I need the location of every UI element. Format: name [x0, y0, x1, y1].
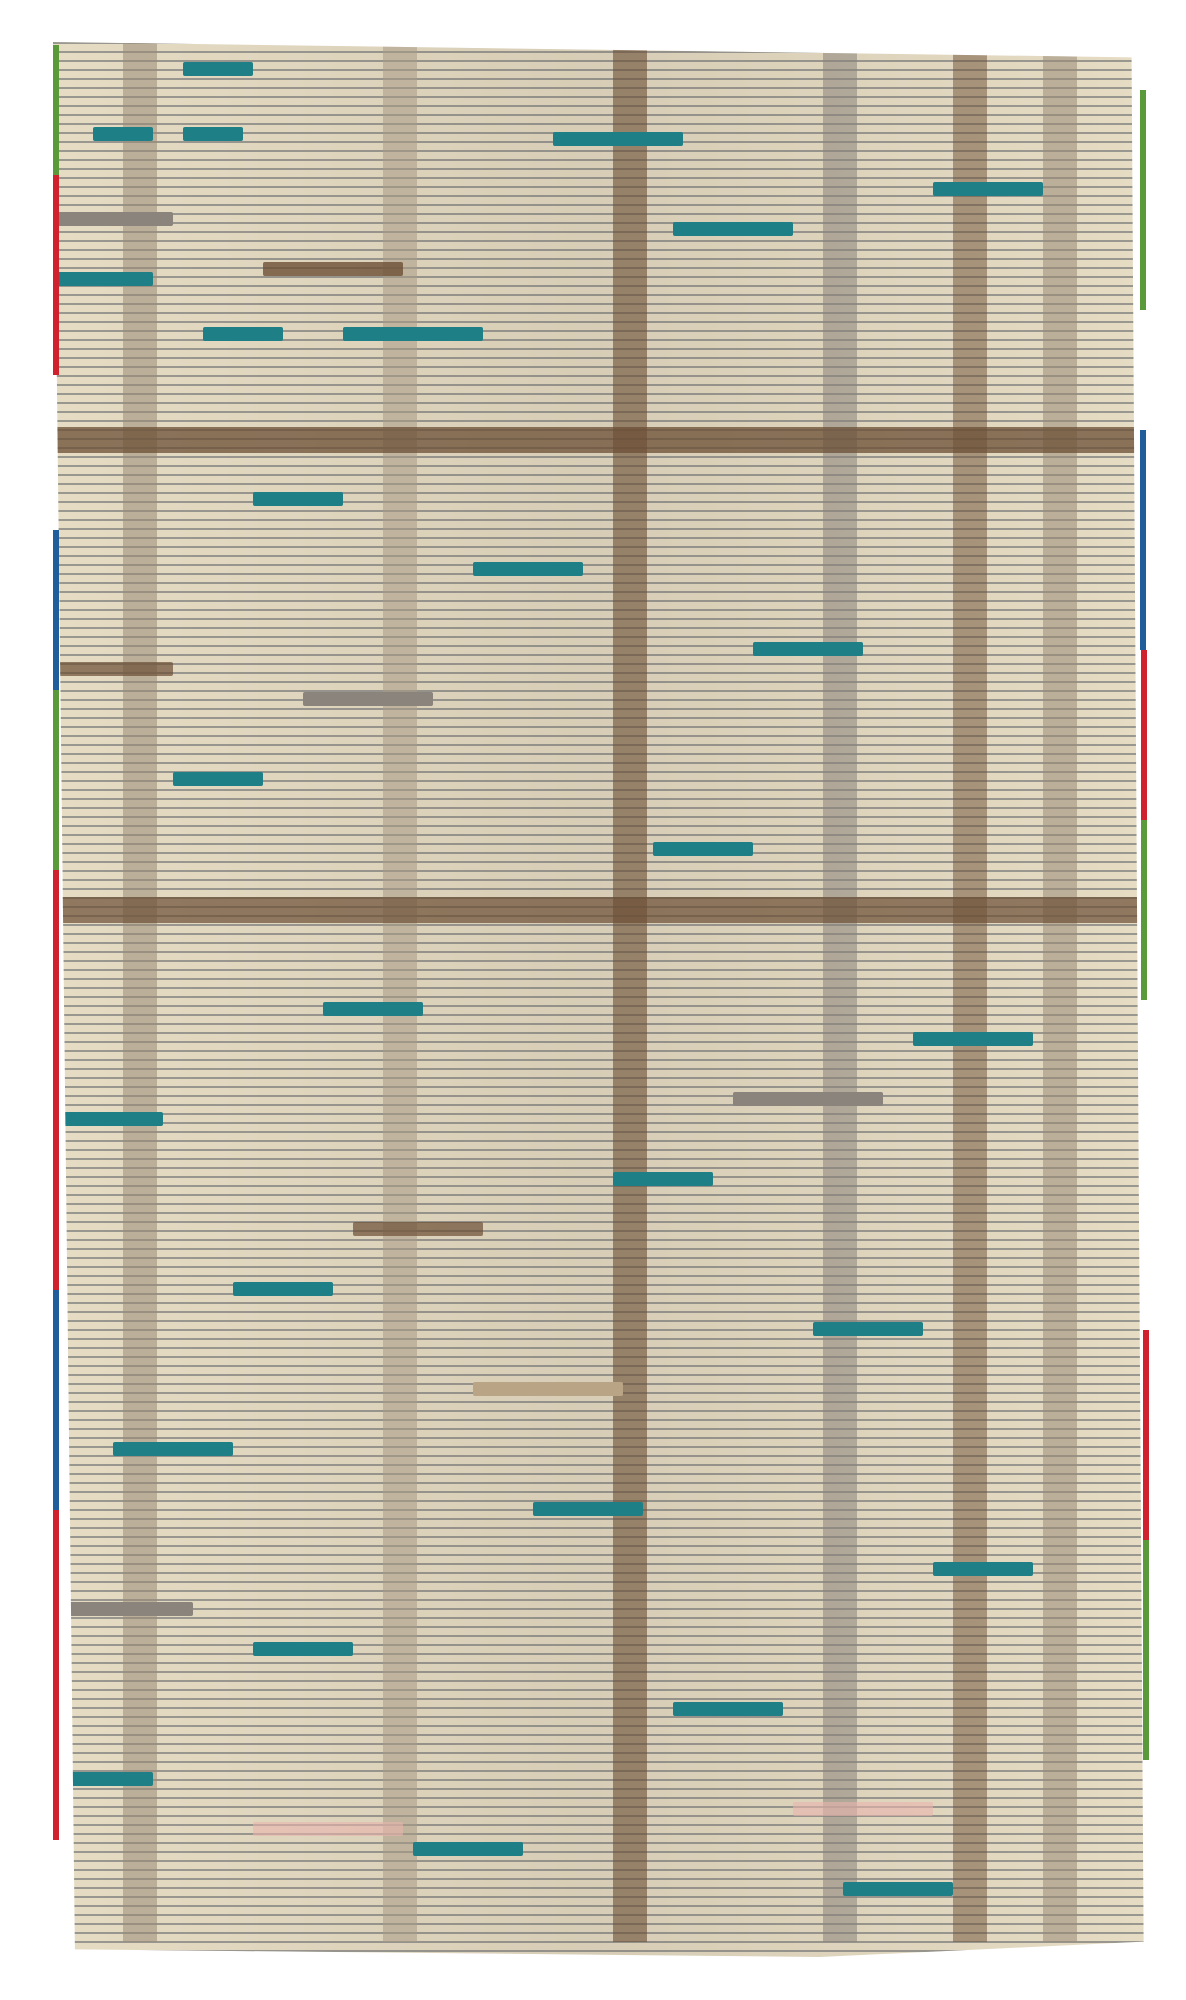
- brown-dash: [353, 1222, 483, 1236]
- teal-dash: [253, 1642, 353, 1656]
- teal-dash: [913, 1032, 1033, 1046]
- brown-band: [53, 897, 1148, 923]
- teal-dash: [53, 1772, 153, 1786]
- teal-dash: [413, 1842, 523, 1856]
- teal-dash: [343, 327, 483, 341]
- teal-dash: [843, 1882, 953, 1896]
- edge-blue: [1140, 430, 1146, 650]
- edge-blue: [53, 530, 59, 690]
- vertical-band: [123, 42, 157, 1942]
- edge-green: [1143, 1540, 1149, 1760]
- teal-dash: [673, 222, 793, 236]
- teal-dash: [673, 1702, 783, 1716]
- teal-dash: [753, 642, 863, 656]
- teal-dash: [203, 327, 283, 341]
- edge-red: [1143, 1330, 1149, 1540]
- edge-green: [53, 690, 59, 870]
- teal-dash: [933, 1562, 1033, 1576]
- pink-dash: [793, 1802, 933, 1816]
- edge-red: [53, 870, 59, 1290]
- teal-dash: [933, 182, 1043, 196]
- teal-dash: [113, 1442, 233, 1456]
- vertical-band: [953, 42, 987, 1942]
- teal-dash: [233, 1282, 333, 1296]
- edge-red: [1141, 650, 1147, 820]
- pink-dash: [253, 1822, 403, 1836]
- edge-green: [53, 45, 59, 175]
- brown-dash: [263, 262, 403, 276]
- tan-dash: [473, 1382, 623, 1396]
- edge-red: [53, 175, 59, 375]
- teal-dash: [813, 1322, 923, 1336]
- edge-green: [1140, 90, 1146, 310]
- edge-green: [1141, 820, 1147, 1000]
- teal-dash: [183, 62, 253, 76]
- teal-dash: [253, 492, 343, 506]
- vertical-band: [823, 42, 857, 1942]
- teal-dash: [93, 127, 153, 141]
- teal-dash: [53, 272, 153, 286]
- edge-blue: [53, 1290, 59, 1510]
- teal-dash: [173, 772, 263, 786]
- brown-dash: [53, 662, 173, 676]
- teal-dash: [473, 562, 583, 576]
- teal-dash: [53, 1112, 163, 1126]
- teal-dash: [183, 127, 243, 141]
- brown-band: [53, 427, 1148, 453]
- teal-dash: [533, 1502, 643, 1516]
- edge-red: [53, 1510, 59, 1840]
- rug: [53, 42, 1148, 1957]
- grey-dash: [53, 212, 173, 226]
- grey-dash: [53, 1602, 193, 1616]
- vertical-band: [613, 42, 647, 1942]
- teal-dash: [613, 1172, 713, 1186]
- teal-dash: [323, 1002, 423, 1016]
- grey-dash: [303, 692, 433, 706]
- teal-dash: [553, 132, 683, 146]
- vertical-band: [1043, 42, 1077, 1942]
- grey-dash: [733, 1092, 883, 1106]
- teal-dash: [653, 842, 753, 856]
